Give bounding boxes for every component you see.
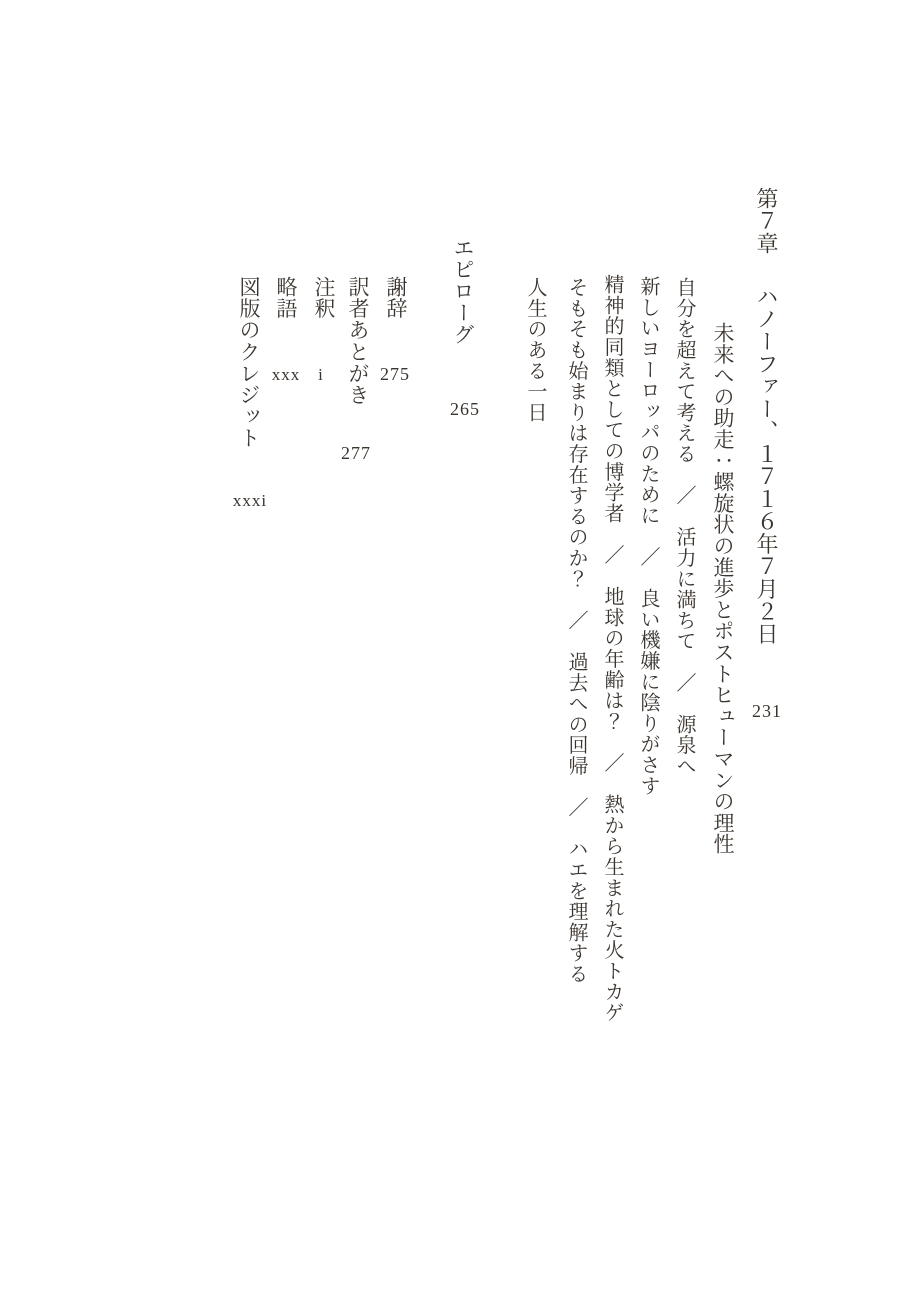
acknowledgements-page-number: 275 xyxy=(380,365,410,383)
epilogue-column: エピローグ xyxy=(452,237,473,345)
section-entry-column-2: 新しいヨーロッパのために ／ 良い機嫌に陰りがさす xyxy=(638,276,658,796)
chapter-title: ハノーファー、１７１６年７月２日 xyxy=(754,285,779,645)
notes-column: 注釈 xyxy=(313,276,334,319)
translator-afterword-page-number: 277 xyxy=(341,444,371,462)
chapter-number-label: 第７章 xyxy=(754,187,779,255)
epilogue-page-number: 265 xyxy=(450,400,480,418)
notes-page-number: i xyxy=(318,366,324,383)
section-entry-column-5: 人生のある一日 xyxy=(525,277,545,423)
illustration-credits-column: 図版のクレジット xyxy=(238,276,259,449)
illustration-credits-page-number: xxxi xyxy=(233,492,267,509)
chapter-subtitle-column: 未来への助走：螺旋状の進歩とポストヒューマンの理性 xyxy=(712,322,733,855)
acknowledgements-column: 謝辞 xyxy=(385,276,406,319)
section-entry-column-1: 自分を超えて考える ／ 活力に満ちて ／ 源泉へ xyxy=(674,277,694,776)
abbreviations-column: 略語 xyxy=(275,276,296,319)
section-entry-column-3: 精神的同類としての博学者 ／ 地球の年齢は？ ／ 熱から生まれた火トカゲ xyxy=(602,274,622,1023)
section-entry-column-4: そもそも始まりは存在するのか？ ／ 過去への回帰 ／ ハエを理解する xyxy=(566,277,586,984)
chapter-heading-column: 第７章ハノーファー、１７１６年７月２日 xyxy=(755,187,777,645)
abbreviations-page-number: xxx xyxy=(272,366,301,383)
toc-page: 第７章ハノーファー、１７１６年７月２日 231 未来への助走：螺旋状の進歩とポス… xyxy=(0,0,900,1313)
translator-afterword-column: 訳者あとがき xyxy=(347,276,368,406)
chapter-page-number: 231 xyxy=(752,702,782,720)
